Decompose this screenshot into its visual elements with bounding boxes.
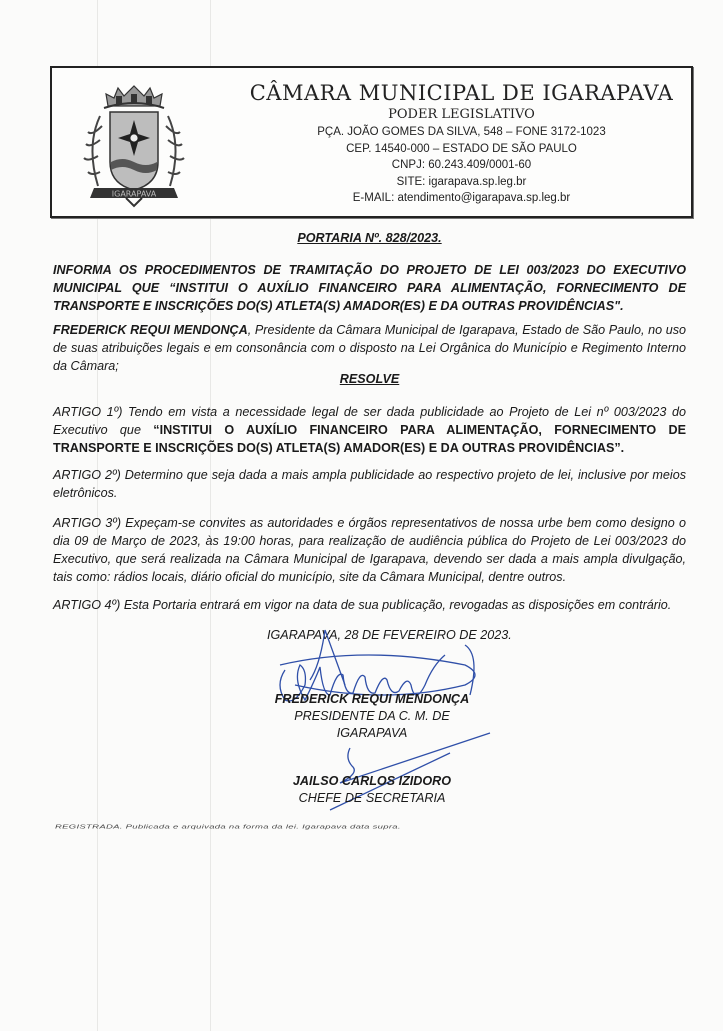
article-1: ARTIGO 1º) Tendo em vista a necessidade … [53,403,686,457]
preamble-name: FREDERICK REQUI MENDONÇA [53,323,248,337]
resolve-wrap: RESOLVE [53,370,686,388]
signatory-2-role: CHEFE DE SECRETARIA [282,790,462,807]
address-line: PÇA. JOÃO GOMES DA SILVA, 548 – FONE 317… [242,124,681,141]
document-page: IGARAPAVA CÂMARA MUNICIPAL DE IGARAPAVA … [0,0,723,1031]
svg-text:IGARAPAVA: IGARAPAVA [112,190,157,199]
article-4: ARTIGO 4º) Esta Portaria entrará em vigo… [53,596,686,614]
signatory-2-name: JAILSO CARLOS IZIDORO [282,773,462,790]
article-3: ARTIGO 3º) Expeçam-se convites as autori… [53,514,686,586]
cnpj-line: CNPJ: 60.243.409/0001-60 [242,157,681,174]
portaria-title-wrap: PORTARIA Nº. 828/2023. [53,229,686,247]
signatory-1-name: FREDERICK REQUI MENDONÇA [267,691,477,708]
email-line: E-MAIL: atendimento@igarapava.sp.leg.br [242,190,681,207]
portaria-title: PORTARIA Nº. 828/2023. [297,231,441,245]
resolve-heading: RESOLVE [340,372,400,386]
institution-name: CÂMARA MUNICIPAL DE IGARAPAVA [242,80,681,106]
ementa: INFORMA OS PROCEDIMENTOS DE TRAMITAÇÃO D… [53,261,686,315]
registration-note: REGISTRADA. Publicada e arquivada na for… [55,824,401,830]
signatory-2: JAILSO CARLOS IZIDORO CHEFE DE SECRETARI… [282,773,462,807]
article-2: ARTIGO 2º) Determino que seja dada a mai… [53,466,686,502]
preamble: FREDERICK REQUI MENDONÇA, Presidente da … [53,321,686,375]
site-line: SITE: igarapava.sp.leg.br [242,174,681,191]
letterhead: IGARAPAVA CÂMARA MUNICIPAL DE IGARAPAVA … [50,66,693,218]
cep-line: CEP. 14540-000 – ESTADO DE SÃO PAULO [242,141,681,158]
coat-of-arms-icon: IGARAPAVA [78,76,190,212]
branch-name: PODER LEGISLATIVO [242,106,681,124]
